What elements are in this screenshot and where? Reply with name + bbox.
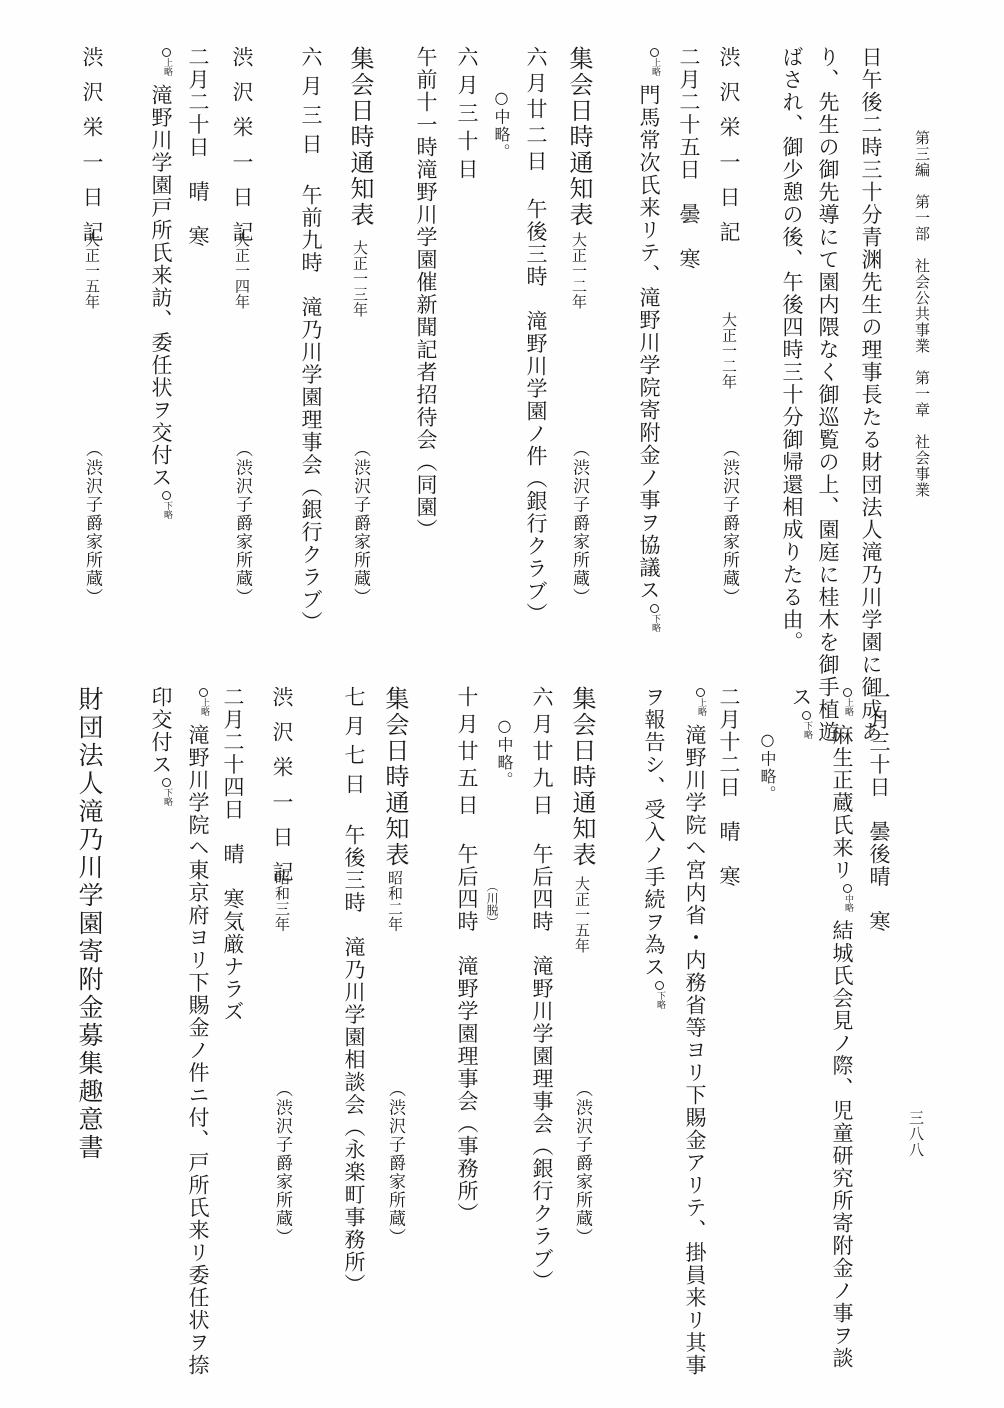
- continuation-line-2: り、先生の御先導にて園内隈なく御巡覧の上、園庭に桂木を御手植遊: [813, 46, 843, 744]
- continuation-line-3: ばされ、御少憩の後、午後四時三十分御帰還相成りたる由。: [777, 46, 807, 654]
- entry-date: 二月二十五日: [677, 46, 701, 181]
- entry-title: 集会日時通知表: [567, 686, 597, 868]
- notice-line-1: 六月廿九日午后四時滝野川学園理事会（銀行クラブ）: [527, 686, 557, 1293]
- entry-body2-line-2: ヲ報告シ、受入ノ手続ヲ為ス下略: [639, 686, 669, 1017]
- notice-line-2: 六月三十日: [452, 46, 482, 186]
- continuation-line-1: 日午後二時三十分青渊先生の理事長たる財団法人滝乃川学園に御成あ: [856, 46, 886, 744]
- circle-mark-icon: [162, 491, 171, 500]
- circle-mark-icon: [162, 778, 171, 787]
- entry-body-line: 上略滝野川学園戸所氏来訪、委任状ヲ交付ス下略: [146, 46, 176, 527]
- entry-title: 渋沢栄一日記: [77, 46, 107, 256]
- page-number: 三八八: [901, 1110, 931, 1158]
- notice-line-3: 午前十一時滝野川学園催新聞記者招待会（同園）: [411, 46, 441, 541]
- entry-body-line-1: 上略麻生正蔵氏来リ中略結城氏会見ノ際、児童研究所寄附金ノ事ヲ談: [827, 686, 857, 1370]
- omission-mark-after: 下略: [162, 491, 171, 519]
- entry-title: 渋沢栄一日記: [267, 686, 297, 896]
- notice-line-1: 七月七日午後三時滝乃川学園相談会（永楽町事務所）: [339, 686, 369, 1296]
- circle-mark-icon: [696, 688, 705, 697]
- omission-mark-before: 上略: [162, 48, 171, 76]
- entry-year: 昭和三年: [267, 870, 297, 932]
- entry-title: 渋沢栄一日記: [714, 46, 744, 256]
- entry-weather: 曇 寒: [677, 203, 701, 271]
- circle-mark-icon: [843, 688, 852, 697]
- entry-date-line: 二月二十四日晴 寒気厳ナラズ: [218, 686, 248, 1023]
- entry-date-line: 一月三十日曇後晴 寒: [864, 686, 894, 933]
- entry-body-line-2: ス下略: [786, 686, 816, 747]
- editorial-ruby-note: （川脱）: [484, 880, 501, 928]
- entry-title: 集会日時通知表: [380, 686, 410, 868]
- entry-title: 集会日時通知表: [345, 46, 375, 228]
- entry-source: （渋沢子爵家所蔵）: [564, 440, 594, 607]
- circle-mark-icon: [162, 48, 171, 57]
- entry-year: 大正一五年: [77, 232, 107, 310]
- entry-title: 渋沢栄一日記: [227, 46, 257, 256]
- circle-mark-icon: [199, 688, 208, 697]
- entry-year: 大正一五年: [567, 876, 597, 954]
- section-heading: 財団法人滝乃川学園寄附金募集趣意書: [74, 686, 104, 1162]
- entry-year: 昭和二年: [380, 870, 410, 932]
- entry-body-line-1: 上略滝野川学院ヘ東京府ヨリ下賜金ノ件ニ付、戸所氏来リ委任状ヲ捺: [183, 686, 213, 1377]
- notice-line-1: 六月廿二日午後三時滝野川学園ノ件（銀行クラブ）: [521, 46, 551, 625]
- entry-source: （渋沢子爵家所蔵）: [567, 1080, 597, 1247]
- entry-year: 大正一二年: [714, 312, 744, 390]
- entry-source: （渋沢子爵家所蔵）: [227, 440, 257, 607]
- circle-mark-icon: [650, 48, 659, 57]
- entry-year: 大正一四年: [227, 232, 257, 310]
- circle-mark-icon: [843, 884, 852, 893]
- entry-title: 集会日時通知表: [564, 46, 594, 228]
- omission-mark-after: 下略: [650, 604, 659, 632]
- entry-source: （渋沢子爵家所蔵）: [77, 440, 107, 607]
- circle-mark-icon: [655, 981, 664, 990]
- entry-date-line: 二月二十五日曇 寒: [674, 46, 704, 271]
- entry-date-line: 二月二十日晴 寒: [183, 46, 213, 248]
- omission-note: ○中略。: [752, 730, 782, 803]
- circle-mark-icon: [802, 711, 811, 720]
- entry-source: （渋沢子爵家所蔵）: [345, 440, 375, 607]
- entry-source: （渋沢子爵家所蔵）: [267, 1080, 297, 1247]
- circle-mark-icon: [650, 604, 659, 613]
- entry-year: 大正一三年: [345, 240, 375, 318]
- notice-line-1: 六月三日午前九時滝乃川学園理事会（銀行クラブ）: [296, 46, 326, 634]
- entry-body-line-2: 印交付ス下略: [146, 686, 176, 814]
- document-page: 第三編 第一部 社会公共事業 第一章 社会事業 三八八 日午後二時三十分青渊先生…: [0, 0, 1004, 1408]
- entry-body-line: 上略門馬常次氏来リテ、滝野川学院寄附金ノ事ヲ協議ス下略: [634, 46, 664, 640]
- entry-source: （渋沢子爵家所蔵）: [714, 440, 744, 607]
- running-header: 第三編 第一部 社会公共事業 第一章 社会事業: [907, 130, 937, 498]
- entry-year: 大正一二年: [564, 232, 594, 310]
- entry-body: 門馬常次氏来リテ、滝野川学院寄附金ノ事ヲ協議ス: [637, 84, 661, 602]
- omission-note: ○中略。: [489, 716, 519, 789]
- notice-line-2: 十月廿五日午后四時滝野学園理事会（事務所）: [452, 686, 482, 1225]
- entry-date-line-2: 二月十二日晴 寒: [714, 686, 744, 888]
- entry-source: （渋沢子爵家所蔵）: [380, 1080, 410, 1247]
- entry-body2-line-1: 上略滝野川学院ヘ宮内省・内務省等ヨリ下賜金アリテ、掛員来リ其事: [680, 686, 710, 1377]
- omission-note: ○中略。: [486, 88, 516, 161]
- omission-mark-before: 上略: [650, 48, 659, 76]
